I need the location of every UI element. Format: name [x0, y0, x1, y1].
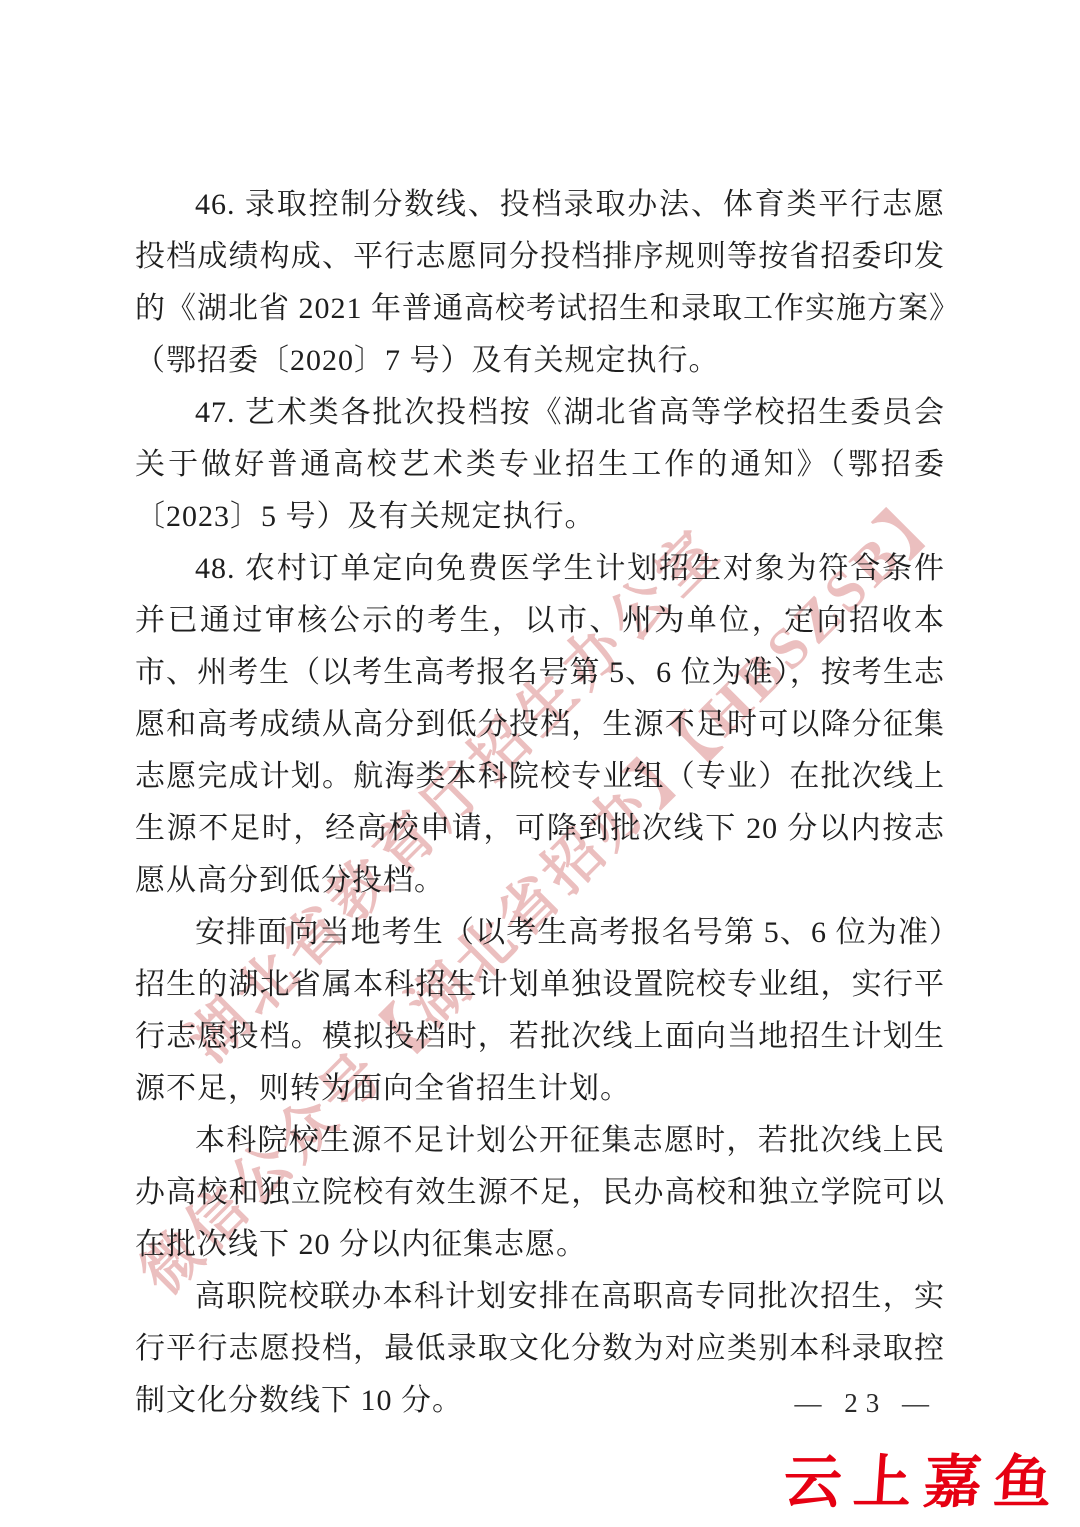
paragraph-undergrad-shortage: 本科院校生源不足计划公开征集志愿时，若批次线上民办高校和独立院校有效生源不足，民…	[135, 1115, 945, 1271]
document-body: 46. 录取控制分数线、投档录取办法、体育类平行志愿投档成绩构成、平行志愿同分投…	[135, 179, 945, 1427]
paragraph-local-plan: 安排面向当地考生（以考生高考报名号第 5、6 位为准）招生的湖北省属本科招生计划…	[135, 907, 945, 1115]
page-number: — 23 —	[795, 1388, 938, 1419]
site-logo-yunshang-jiayu: 云上嘉鱼	[781, 1435, 1067, 1519]
paragraph-47: 47. 艺术类各批次投档按《湖北省高等学校招生委员会关于做好普通高校艺术类专业招…	[135, 387, 945, 543]
document-page: 湖北省教育厅招生办公室 微信公众号【湖北省招办】【HBSZSB】 46. 录取控…	[0, 0, 1080, 1527]
paragraph-46: 46. 录取控制分数线、投档录取办法、体育类平行志愿投档成绩构成、平行志愿同分投…	[135, 179, 945, 387]
paragraph-48: 48. 农村订单定向免费医学生计划招生对象为符合条件并已通过审核公示的考生，以市…	[135, 543, 945, 907]
